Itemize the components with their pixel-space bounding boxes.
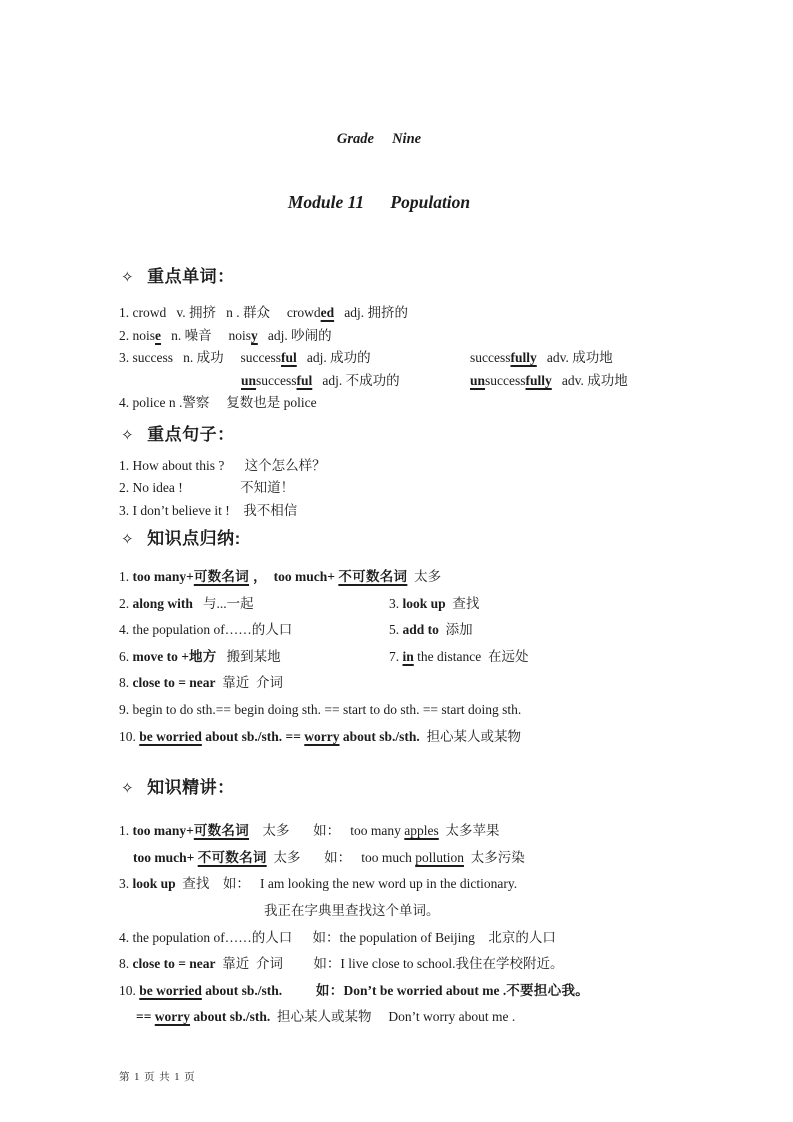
section-key-words: ✧重点单词：1. crowd v. 拥挤 n . 群众 crowded adj.…	[119, 265, 719, 415]
text-segment	[282, 983, 316, 998]
text-segment: 1. crowd v. 拥挤 n . 群众 crowd	[119, 305, 321, 320]
text-segment: 4. the population of……的人口	[119, 622, 292, 637]
doc-title-module: Module 11 Population	[119, 191, 639, 213]
text-segment: 3.	[389, 596, 403, 611]
text-segment: be worried	[139, 983, 202, 998]
document-titles: Grade Nine Module 11 Population	[119, 0, 639, 245]
text-segment: ful	[281, 350, 297, 365]
text-segment: 查找 如： I am looking the new word up in th…	[176, 876, 517, 891]
text-segment: add to	[403, 622, 439, 637]
text-line: 1. crowd v. 拥挤 n . 群众 crowded adj. 拥挤的	[119, 302, 719, 325]
text-line: 1. too many+可数名词 ， too much+ 不可数名词 太多	[119, 564, 719, 591]
text-line: 8. close to = near 靠近 介词 如：I live close …	[119, 951, 719, 978]
text-segment: be worried	[139, 729, 202, 744]
text-segment: 3. success n. 成功 success	[119, 350, 281, 365]
text-segment: 8.	[119, 956, 133, 971]
section-heading-row: ✧知识精讲：	[119, 776, 719, 800]
text-segment: 1. How about this ? 这个怎么样？	[119, 458, 326, 473]
text-line: 1. too many+可数名词 太多 如： too many apples 太…	[119, 818, 719, 845]
text-segment: success	[256, 373, 297, 388]
text-segment: pollution	[415, 850, 464, 865]
text-segment: 2. No idea ! 不知道！	[119, 480, 294, 495]
text-segment: look up	[403, 596, 446, 611]
text-segment: Don’t be worried about me .	[344, 983, 507, 998]
text-segment: 与...一起	[193, 596, 254, 611]
text-segment: 2. nois	[119, 328, 155, 343]
text-segment: along with	[133, 596, 193, 611]
text-segment: adj. 拥挤的	[334, 305, 408, 320]
text-line: 2. No idea ! 不知道！	[119, 477, 719, 500]
text-segment: adv. 成功地	[537, 350, 613, 365]
text-line: 10. be worried about sb./sth. == worry a…	[119, 724, 719, 751]
text-column: unsuccessful adj. 不成功的	[241, 370, 470, 393]
text-segment: 太多 如： too many	[249, 823, 404, 838]
text-segment: 9. begin to do sth.== begin doing sth. =…	[119, 702, 521, 717]
text-column: 2. along with 与...一起	[119, 591, 389, 618]
section-heading-row: ✧知识点归纳:	[119, 527, 719, 551]
diamond-icon: ✧	[121, 426, 134, 444]
section-heading: 知识点归纳:	[147, 529, 241, 548]
diamond-icon: ✧	[121, 268, 134, 286]
text-segment: un	[241, 373, 256, 388]
text-line: too much+ 不可数名词 太多 如： too much pollution…	[133, 845, 719, 872]
text-segment: 担心某人或某物 Don’t worry about me .	[270, 1009, 515, 1024]
text-segment: 太多污染	[464, 850, 525, 865]
text-segment: success	[485, 373, 526, 388]
text-segment: adv. 成功地	[552, 373, 628, 388]
text-segment: 可数名词	[194, 823, 249, 838]
text-line: 2. along with 与...一起3. look up 查找	[119, 591, 719, 618]
text-segment: 不可数名词	[338, 569, 407, 584]
text-segment: un	[470, 373, 485, 388]
text-segment: 查找	[446, 596, 480, 611]
text-segment: 如：	[316, 983, 344, 998]
text-segment: about sb./sth.	[202, 983, 282, 998]
text-line: 3. look up 查找 如： I am looking the new wo…	[119, 871, 719, 898]
text-segment: 靠近 介词	[216, 675, 284, 690]
text-segment: 4. the population of……的人口 如：the populati…	[119, 930, 556, 945]
text-segment: about sb./sth. ==	[202, 729, 304, 744]
text-segment: 太多 如： too much	[267, 850, 416, 865]
text-segment: success	[470, 350, 511, 365]
text-line: 1. How about this ? 这个怎么样？	[119, 455, 719, 478]
text-segment: 不可数名词	[198, 850, 267, 865]
text-segment: 靠近 介词 如：I live close to school.我住在学校附近。	[216, 956, 564, 971]
text-segment: adj. 不成功的	[312, 373, 399, 388]
text-column: successfully adv. 成功地	[470, 347, 613, 370]
text-line: 2. noise n. 噪音 noisy adj. 吵闹的	[119, 325, 719, 348]
text-segment: about sb./sth.	[190, 1009, 270, 1024]
text-segment: 10.	[119, 729, 139, 744]
section-heading: 知识精讲：	[147, 778, 235, 797]
text-column: 3. success n. 成功 successful adj. 成功的	[119, 347, 470, 370]
text-segment: ful	[297, 373, 313, 388]
text-segment: the distance 在远处	[414, 649, 529, 664]
text-segment: ed	[321, 305, 335, 320]
section-heading-row: ✧重点单词：	[119, 265, 719, 289]
text-column: 4. the population of……的人口	[119, 617, 389, 644]
text-segment: 太多苹果	[439, 823, 500, 838]
text-segment: 可数名词	[194, 569, 249, 584]
text-segment: 8.	[119, 675, 133, 690]
text-segment: 不要担心我。	[506, 983, 589, 998]
text-column: 6. move to +地方 搬到某地	[119, 644, 389, 671]
text-segment: worry	[304, 729, 339, 744]
text-segment: close to = near	[133, 675, 216, 690]
text-column: 5. add to 添加	[389, 617, 473, 644]
document-page: Grade Nine Module 11 Population ✧重点单词：1.…	[0, 0, 793, 1122]
section-knowledge-summary: ✧知识点归纳:1. too many+可数名词 ， too much+ 不可数名…	[119, 527, 719, 750]
text-segment: adj. 成功的	[297, 350, 371, 365]
text-segment: 担心某人或某物	[420, 729, 521, 744]
text-segment: too much+	[133, 850, 198, 865]
text-segment: 5.	[389, 622, 403, 637]
section-knowledge-explain: ✧知识精讲：1. too many+可数名词 太多 如： too many ap…	[119, 776, 719, 1031]
text-segment: 10.	[119, 983, 139, 998]
text-segment: about sb./sth.	[340, 729, 420, 744]
text-segment: move to +	[133, 649, 189, 664]
text-segment: 1.	[119, 823, 133, 838]
text-segment: 太多	[407, 569, 441, 584]
text-segment: apples	[404, 823, 439, 838]
text-column: 3. look up 查找	[389, 591, 479, 618]
section-heading-row: ✧重点句子：	[119, 423, 719, 447]
text-segment: too much+	[267, 569, 338, 584]
text-line: 6. move to +地方 搬到某地7. in the distance 在远…	[119, 644, 719, 671]
text-segment: ，	[249, 569, 267, 584]
text-line: 9. begin to do sth.== begin doing sth. =…	[119, 697, 719, 724]
text-line: unsuccessful adj. 不成功的unsuccessfully adv…	[241, 370, 719, 393]
text-segment: 添加	[439, 622, 473, 637]
doc-body: ✧重点单词：1. crowd v. 拥挤 n . 群众 crowded adj.…	[119, 265, 719, 1031]
text-column: 7. in the distance 在远处	[389, 644, 529, 671]
diamond-icon: ✧	[121, 779, 134, 797]
page-footer: 第 1 页 共 1 页	[119, 1069, 196, 1084]
section-heading: 重点句子：	[147, 425, 235, 444]
text-line: 4. the population of……的人口5. add to 添加	[119, 617, 719, 644]
text-segment: 7.	[389, 649, 403, 664]
text-segment: too many+	[133, 823, 194, 838]
text-line: == worry about sb./sth. 担心某人或某物 Don’t wo…	[136, 1004, 719, 1031]
text-column: unsuccessfully adv. 成功地	[470, 370, 628, 393]
text-segment: too many+	[133, 569, 194, 584]
text-segment: 地方	[189, 649, 217, 664]
text-segment: 6.	[119, 649, 133, 664]
text-line: 4. police n .警察 复数也是 police	[119, 392, 719, 415]
text-segment: adj. 吵闹的	[258, 328, 332, 343]
text-segment: 4. police n .警察 复数也是 police	[119, 395, 317, 410]
text-line: 8. close to = near 靠近 介词	[119, 670, 719, 697]
text-segment: ==	[136, 1009, 155, 1024]
text-segment: worry	[155, 1009, 190, 1024]
text-segment: y	[251, 328, 258, 343]
text-segment: 3.	[119, 876, 133, 891]
text-line: 3. I don’t believe it ! 我不相信	[119, 500, 719, 523]
text-line: 我正在字典里查找这个单词。	[264, 898, 719, 925]
text-line: 4. the population of……的人口 如：the populati…	[119, 925, 719, 952]
text-segment: 1.	[119, 569, 133, 584]
text-segment: look up	[133, 876, 176, 891]
text-segment: fully	[526, 373, 552, 388]
section-heading: 重点单词：	[147, 267, 235, 286]
text-segment: close to = near	[133, 956, 216, 971]
text-segment: n. 噪音 nois	[161, 328, 251, 343]
text-line: 10. be worried about sb./sth. 如：Don’t be…	[119, 978, 719, 1005]
text-segment: 搬到某地	[217, 649, 281, 664]
text-segment: 2.	[119, 596, 133, 611]
doc-title-grade: Grade Nine	[119, 130, 639, 148]
text-segment: 我正在字典里查找这个单词。	[264, 903, 440, 918]
text-segment: fully	[511, 350, 537, 365]
text-line: 3. success n. 成功 successful adj. 成功的succ…	[119, 347, 719, 370]
text-segment: in	[403, 649, 414, 664]
text-segment: 3. I don’t believe it ! 我不相信	[119, 503, 297, 518]
diamond-icon: ✧	[121, 530, 134, 548]
section-key-sentences: ✧重点句子：1. How about this ? 这个怎么样？2. No id…	[119, 423, 719, 523]
